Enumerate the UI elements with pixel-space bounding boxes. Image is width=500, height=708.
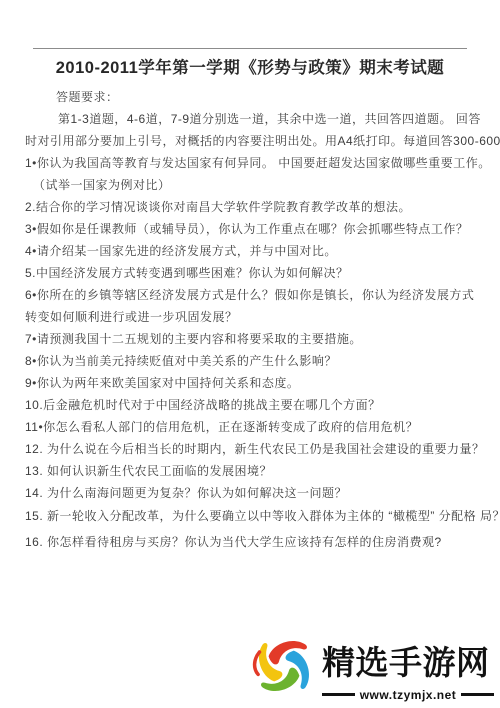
site-url: www.tzymjx.net [355, 688, 462, 702]
question-line-12: 12. 为什么说在今后相当长的时期内，新生代农民工仍是我国社会建设的重要力量？ [0, 438, 500, 460]
logo-curl-accent [255, 652, 260, 674]
question-line-13: 13. 如何认识新生代农民工面临的发展困境？ [0, 460, 500, 482]
question-line-5: 5.中国经济发展方式转变遇到哪些困难？你认为如何解决？ [0, 262, 500, 284]
site-watermark: 精选手游网 www.tzymjx.net [249, 630, 495, 704]
question-line-2: 2.结合你的学习情况谈谈你对南昌大学软件学院教育教学改革的想法。 [0, 196, 500, 218]
question-line-8: 8•你认为当前美元持续贬值对中美关系的产生什么影响？ [0, 350, 500, 372]
question-line-1: 1•你认为我国高等教育与发达国家有何异同。 中国要赶超发达国家做哪些重要工作。 [0, 152, 500, 174]
question-line-11: 11•你怎么看私人部门的信用危机，正在逐渐转变成了政府的信用危机？ [0, 416, 500, 438]
site-name: 精选手游网 [322, 642, 494, 685]
question-line-14: 14. 为什么南海问题更为复杂？你认为如何解决这一问题？ [0, 482, 500, 504]
dash-right [461, 693, 494, 696]
requirements-line-1: 第1-3道题，4-6道，7-9道分别选一道，其余中选一道，共回答四道题。 回答 [0, 108, 500, 130]
question-line-16: 16. 你怎样看待租房与买房？你认为当代大学生应该持有怎样的住房消费观? [0, 531, 500, 553]
question-line-4: 4•请介绍某一国家先进的经济发展方式，并与中国对比。 [0, 240, 500, 262]
exam-document-page: 2010-2011学年第一学期《形势与政策》期末考试题 答题要求： 第1-3道题… [0, 0, 500, 708]
question-line-6-cont: 转变如何顺利进行或进一步巩固发展？ [0, 306, 500, 328]
question-line-15: 15. 新一轮收入分配改革，为什么要确立以中等收入群体为主体的 “橄榄型” 分配… [0, 505, 500, 527]
requirements-label: 答题要求： [0, 86, 500, 108]
dash-left [322, 693, 355, 696]
question-line-3: 3•假如你是任课教师（或辅导员），你认为工作重点在哪？你会抓哪些特点工作？ [0, 218, 500, 240]
question-line-1-note: （试举一国家为例对比） [0, 174, 500, 196]
question-line-10: 10.后金融危机时代对于中国经济战略的挑战主要在哪几个方面？ [0, 394, 500, 416]
watermark-text-block: 精选手游网 www.tzymjx.net [322, 630, 494, 702]
question-line-7: 7•请预测我国十二五规划的主要内容和将要采取的主要措施。 [0, 328, 500, 350]
page-title: 2010-2011学年第一学期《形势与政策》期末考试题 [0, 54, 500, 78]
pinwheel-dragon-logo-icon [249, 630, 319, 702]
question-line-6: 6•你所在的乡镇等辖区经济发展方式是什么？假如你是镇长，你认为经济发展方式 [0, 284, 500, 306]
document-body: 答题要求： 第1-3道题，4-6道，7-9道分别选一道，其余中选一道，共回答四道… [0, 86, 500, 553]
question-line-9: 9•你认为两年来欧美国家对中国持何关系和态度。 [0, 372, 500, 394]
requirements-line-2: 时对引用部分要加上引号，对概括的内容要注明出处。用A4纸打印。每道回答300-6… [0, 130, 500, 152]
top-divider-line [33, 48, 467, 49]
site-url-row: www.tzymjx.net [322, 688, 494, 702]
